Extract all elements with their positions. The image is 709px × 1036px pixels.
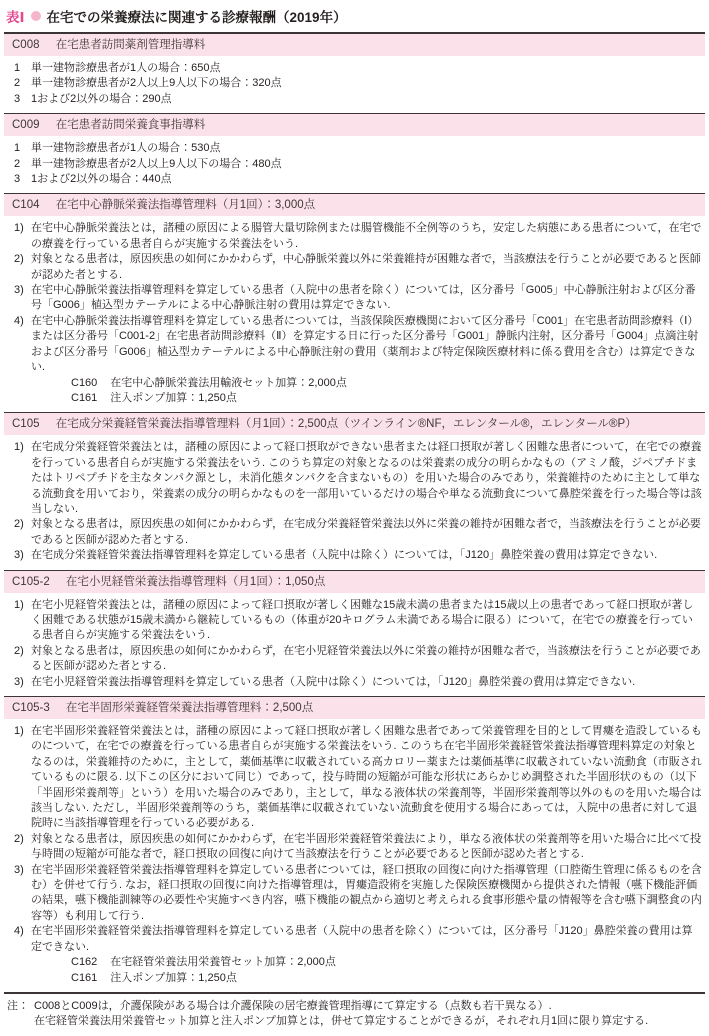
item-text: 対象となる患者は，原因疾患の如何にかかわらず，中心静脈栄養以外に栄養維持が困難な… (31, 253, 701, 280)
item-text: 単一建物診療患者が2人以上9人以下の場合：480点 (31, 158, 282, 170)
item-marker: 2) (14, 644, 24, 659)
section-body: 1)在宅半固形栄養経管栄養法とは，諸種の原因によって経口摂取が著しく困難な患者で… (4, 719, 705, 992)
page-title: 在宅での栄養療法に関連する診療報酬（2019年） (47, 6, 347, 26)
addon-item: C161注入ポンプ加算：1,250点 (7, 971, 702, 986)
section-code: C105-2 (12, 576, 50, 588)
item-text: 在宅小児経管栄養法とは，諸種の原因によって経口摂取が著しく困難な15歳未満の患者… (31, 599, 693, 642)
section-item: 1)在宅半固形栄養経管栄養法とは，諸種の原因によって経口摂取が著しく困難な患者で… (7, 724, 702, 832)
section-item: 3)在宅中心静脈栄養法指導管理料を算定している患者（入院中の患者を除く）について… (7, 283, 702, 314)
footnote-line: C008とC009は，介護保険がある場合は介護保険の居宅療養管理指導にて算定する… (34, 999, 703, 1015)
section-item: 2単一建物診療患者が2人以上9人以下の場合：320点 (7, 76, 702, 91)
item-marker: 3) (14, 863, 24, 878)
section-code: C104 (12, 199, 40, 211)
item-text: 在宅半固形栄養経管栄養法指導管理料を算定している患者（入院中の患者を除く）につい… (31, 925, 693, 952)
section-code: C009 (12, 119, 40, 131)
item-marker: 2 (14, 157, 20, 172)
section-item: 31および2以外の場合：440点 (7, 172, 702, 187)
reimbursement-table: C008 在宅患者訪問薬剤管理指導料 1単一建物診療患者が1人の場合：650点2… (4, 32, 705, 994)
addon-code: C162 (71, 956, 97, 968)
item-marker: 2 (14, 76, 20, 91)
item-text: 在宅成分栄養経管栄養法指導管理料を算定している患者（入院中は除く）については，「… (31, 549, 657, 561)
section-heading: 在宅患者訪問栄養食事指導料 (56, 119, 206, 131)
fee-section: C105 在宅成分栄養経管栄養法指導管理料（月1回）：2,500点（ツインライン… (4, 412, 705, 569)
item-text: 単一建物診療患者が1人の場合：530点 (31, 142, 220, 154)
item-marker: 2) (14, 252, 24, 267)
section-item: 3)在宅半固形栄養経管栄養法指導管理料を算定している患者については，経口摂取の回… (7, 863, 702, 925)
section-item: 2単一建物診療患者が2人以上9人以下の場合：480点 (7, 157, 702, 172)
item-text: 在宅半固形栄養経管栄養法指導管理料を算定している患者については，経口摂取の回復に… (31, 864, 702, 922)
item-text: 1および2以外の場合：290点 (31, 93, 172, 105)
section-body: 1単一建物診療患者が1人の場合：530点2単一建物診療患者が2人以上9人以下の場… (4, 136, 705, 193)
table-title: 表Ⅰ 在宅での栄養療法に関連する診療報酬（2019年） (4, 3, 705, 32)
section-heading: 在宅成分栄養経管栄養法指導管理料（月1回）：2,500点（ツインライン®NF，エ… (56, 418, 637, 430)
item-marker: 1) (14, 724, 24, 739)
section-code: C105-3 (12, 702, 50, 714)
section-item: 2)対象となる患者は，原因疾患の如何にかかわらず，在宅小児経管栄養法以外に栄養の… (7, 644, 702, 675)
item-text: 1および2以外の場合：440点 (31, 173, 172, 185)
section-heading: 在宅小児経管栄養法指導管理料（月1回）：1,050点 (66, 576, 325, 588)
item-text: 在宅成分栄養経管栄養法とは，諸種の原因によって経口摂取ができない患者または経口摂… (31, 441, 702, 515)
section-header: C105-2 在宅小児経管栄養法指導管理料（月1回）：1,050点 (4, 571, 705, 593)
fee-section: C105-3 在宅半固形栄養経管栄養法指導管理料：2,500点 1)在宅半固形栄… (4, 696, 705, 992)
document-page: 表Ⅰ 在宅での栄養療法に関連する診療報酬（2019年） C008 在宅患者訪問薬… (0, 0, 709, 1036)
addon-code: C160 (71, 377, 97, 389)
addon-item: C162在宅経管栄養法用栄養管セット加算：2,000点 (7, 955, 702, 970)
section-header: C104 在宅中心静脈栄養法指導管理料（月1回）：3,000点 (4, 194, 705, 216)
section-item: 1単一建物診療患者が1人の場合：650点 (7, 61, 702, 76)
section-item: 2)対象となる患者は，原因疾患の如何にかかわらず，中心静脈栄養以外に栄養維持が困… (7, 252, 702, 283)
section-code: C008 (12, 39, 40, 51)
section-item: 3)在宅成分栄養経管栄養法指導管理料を算定している患者（入院中は除く）については… (7, 548, 702, 563)
addon-code: C161 (71, 972, 97, 984)
item-marker: 2) (14, 832, 24, 847)
item-text: 対象となる患者は，原因疾患の如何にかかわらず，在宅成分栄養経管栄養法以外に栄養の… (31, 518, 701, 545)
section-item: 1)在宅小児経管栄養法とは，諸種の原因によって経口摂取が著しく困難な15歳未満の… (7, 598, 702, 644)
fee-section: C105-2 在宅小児経管栄養法指導管理料（月1回）：1,050点 1)在宅小児… (4, 570, 705, 696)
fee-section: C008 在宅患者訪問薬剤管理指導料 1単一建物診療患者が1人の場合：650点2… (4, 34, 705, 113)
bullet-circle-icon (31, 11, 41, 21)
footnote-prefix: 注： (7, 999, 29, 1015)
section-header: C008 在宅患者訪問薬剤管理指導料 (4, 34, 705, 56)
addon-item: C160在宅中心静脈栄養法用輸液セット加算：2,000点 (7, 376, 702, 391)
section-item: 1)在宅中心静脈栄養法とは，諸種の原因による腸管大量切除例または腸管機能不全例等… (7, 221, 702, 252)
addon-item: C161注入ポンプ加算：1,250点 (7, 391, 702, 406)
section-body: 1)在宅成分栄養経管栄養法とは，諸種の原因によって経口摂取ができない患者または経… (4, 435, 705, 569)
section-header: C105-3 在宅半固形栄養経管栄養法指導管理料：2,500点 (4, 697, 705, 719)
addon-text: 注入ポンプ加算：1,250点 (110, 392, 237, 404)
section-heading: 在宅中心静脈栄養法指導管理料（月1回）：3,000点 (56, 199, 315, 211)
section-item: 1単一建物診療患者が1人の場合：530点 (7, 141, 702, 156)
addon-text: 注入ポンプ加算：1,250点 (110, 972, 237, 984)
item-text: 在宅小児経管栄養法指導管理料を算定している患者（入院中は除く）については，「J1… (31, 676, 635, 688)
section-header: C009 在宅患者訪問栄養食事指導料 (4, 114, 705, 136)
section-heading: 在宅半固形栄養経管栄養法指導管理料：2,500点 (66, 702, 313, 714)
footnote-line: 在宅経管栄養法用栄養管セット加算と注入ポンプ加算とは，併せて算定することができる… (34, 1014, 703, 1030)
addon-text: 在宅経管栄養法用栄養管セット加算：2,000点 (110, 956, 336, 968)
item-marker: 1) (14, 598, 24, 613)
section-item: 4)在宅半固形栄養経管栄養法指導管理料を算定している患者（入院中の患者を除く）に… (7, 924, 702, 955)
item-text: 在宅中心静脈栄養法指導管理料を算定している患者については，当該保険医療機関におい… (31, 315, 698, 373)
section-header: C105 在宅成分栄養経管栄養法指導管理料（月1回）：2,500点（ツインライン… (4, 413, 705, 435)
item-marker: 4) (14, 314, 24, 329)
section-heading: 在宅患者訪問薬剤管理指導料 (56, 39, 206, 51)
item-marker: 3 (14, 92, 20, 107)
item-marker: 3) (14, 548, 24, 563)
item-marker: 1) (14, 221, 24, 236)
addon-text: 在宅中心静脈栄養法用輸液セット加算：2,000点 (110, 377, 347, 389)
item-marker: 3 (14, 172, 20, 187)
section-body: 1)在宅中心静脈栄養法とは，諸種の原因による腸管大量切除例または腸管機能不全例等… (4, 216, 705, 412)
item-text: 対象となる患者は，原因疾患の如何にかかわらず，在宅半固形栄養経管栄養法により，単… (31, 833, 701, 860)
addon-code: C161 (71, 392, 97, 404)
footnote-lines: C008とC009は，介護保険がある場合は介護保険の居宅療養管理指導にて算定する… (34, 999, 703, 1030)
item-text: 単一建物診療患者が1人の場合：650点 (31, 62, 220, 74)
item-text: 単一建物診療患者が2人以上9人以下の場合：320点 (31, 77, 282, 89)
item-marker: 4) (14, 924, 24, 939)
section-item: 4)在宅中心静脈栄養法指導管理料を算定している患者については，当該保険医療機関に… (7, 314, 702, 376)
section-item: 31および2以外の場合：290点 (7, 92, 702, 107)
item-marker: 1) (14, 440, 24, 455)
item-marker: 3) (14, 283, 24, 298)
section-item: 1)在宅成分栄養経管栄養法とは，諸種の原因によって経口摂取ができない患者または経… (7, 440, 702, 517)
footnote: 注： C008とC009は，介護保険がある場合は介護保険の居宅療養管理指導にて算… (4, 994, 705, 1030)
item-marker: 1 (14, 61, 20, 76)
fee-section: C009 在宅患者訪問栄養食事指導料 1単一建物診療患者が1人の場合：530点2… (4, 113, 705, 193)
section-body: 1)在宅小児経管栄養法とは，諸種の原因によって経口摂取が著しく困難な15歳未満の… (4, 593, 705, 696)
item-marker: 2) (14, 517, 24, 532)
table-label: 表Ⅰ (6, 6, 25, 26)
item-marker: 3) (14, 675, 24, 690)
item-text: 在宅中心静脈栄養法指導管理料を算定している患者（入院中の患者を除く）については，… (31, 284, 696, 311)
section-body: 1単一建物診療患者が1人の場合：650点2単一建物診療患者が2人以上9人以下の場… (4, 56, 705, 113)
section-item: 2)対象となる患者は，原因疾患の如何にかかわらず，在宅成分栄養経管栄養法以外に栄… (7, 517, 702, 548)
section-code: C105 (12, 418, 40, 430)
section-item: 2)対象となる患者は，原因疾患の如何にかかわらず，在宅半固形栄養経管栄養法により… (7, 832, 702, 863)
item-text: 対象となる患者は，原因疾患の如何にかかわらず，在宅小児経管栄養法以外に栄養の維持… (31, 645, 701, 672)
section-item: 3)在宅小児経管栄養法指導管理料を算定している患者（入院中は除く）については，「… (7, 675, 702, 690)
item-text: 在宅中心静脈栄養法とは，諸種の原因による腸管大量切除例または腸管機能不全例等のう… (31, 222, 702, 249)
item-text: 在宅半固形栄養経管栄養法とは，諸種の原因によって経口摂取が著しく困難な患者であっ… (31, 725, 702, 829)
item-marker: 1 (14, 141, 20, 156)
fee-section: C104 在宅中心静脈栄養法指導管理料（月1回）：3,000点 1)在宅中心静脈… (4, 193, 705, 412)
